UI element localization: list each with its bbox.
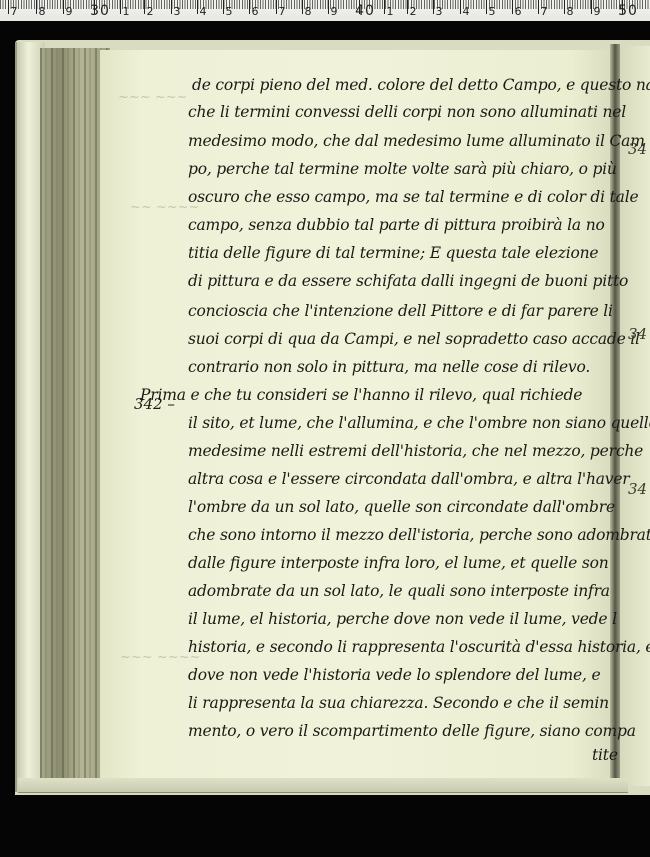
ruler-label: 30	[90, 3, 110, 19]
ruler-label: 7	[541, 5, 548, 18]
ruler-major-tick	[63, 0, 64, 14]
manuscript-line: titia delle figure di tal termine; E que…	[188, 244, 598, 262]
ruler-label: 7	[11, 5, 18, 18]
manuscript-line: adombrate da un sol lato, le quali sono …	[188, 582, 610, 600]
ruler-label: 50	[618, 3, 638, 19]
ruler-major-tick	[591, 0, 592, 14]
ruler-major-tick	[486, 0, 487, 14]
ruler-major-tick	[384, 0, 385, 14]
bleed-through-text: ~~~ ~~~	[118, 90, 188, 105]
ruler-major-tick	[407, 0, 408, 14]
ruler-major-tick	[249, 0, 250, 14]
manuscript-line: medesimo modo, che dal medesimo lume all…	[188, 132, 645, 150]
manuscript-line: di pittura e da essere schifata dalli in…	[188, 272, 628, 290]
manuscript-line: il lume, el historia, perche dove non ve…	[188, 610, 617, 628]
manuscript-line: concioscia che l'intenzione dell Pittore…	[188, 302, 613, 320]
manuscript-line: po, perche tal termine molte volte sarà …	[188, 160, 617, 178]
manuscript-line: che sono intorno il mezzo dell'istoria, …	[188, 526, 650, 544]
ruler-major-tick	[8, 0, 9, 14]
ruler-label: 5	[489, 5, 496, 18]
ruler-label: 1	[123, 5, 130, 18]
ruler-label: 4	[200, 5, 207, 18]
ruler-label: 7	[279, 5, 286, 18]
ruler-label: 5	[226, 5, 233, 18]
ruler-label: 9	[594, 5, 601, 18]
ruler-major-tick	[171, 0, 172, 14]
manuscript-line: Prima e che tu consideri se l'hanno il r…	[140, 386, 582, 404]
ruler-major-tick	[197, 0, 198, 14]
ruler-major-tick	[276, 0, 277, 14]
ruler-major-tick	[538, 0, 539, 14]
ruler-label: 9	[331, 5, 338, 18]
ruler-major-tick	[120, 0, 121, 14]
ruler-label: 8	[39, 5, 46, 18]
manuscript-line: contrario non solo in pittura, ma nelle …	[188, 358, 590, 376]
manuscript-line: il sito, et lume, che l'allumina, e che …	[188, 414, 650, 432]
ruler-label: 6	[252, 5, 259, 18]
manuscript-line: altra cosa e l'essere circondata dall'om…	[188, 470, 630, 488]
ruler-label: 40	[355, 3, 375, 19]
ruler-label: 6	[515, 5, 522, 18]
manuscript-line: medesime nelli estremi dell'historia, ch…	[188, 442, 643, 460]
margin-folio-number: 34	[628, 325, 647, 343]
ruler-label: 4	[463, 5, 470, 18]
ruler-major-tick	[302, 0, 303, 14]
ruler-major-tick	[328, 0, 329, 14]
ruler-label: 9	[66, 5, 73, 18]
ruler-major-tick	[564, 0, 565, 14]
ruler-major-tick	[223, 0, 224, 14]
ruler-major-tick	[144, 0, 145, 14]
manuscript-line: che li termini convessi delli corpi non …	[188, 103, 626, 121]
ruler-label: 3	[436, 5, 443, 18]
manuscript-line: campo, senza dubbio tal parte di pittura…	[188, 216, 605, 234]
ruler-label: 3	[174, 5, 181, 18]
ruler-major-tick	[460, 0, 461, 14]
manuscript-line: de corpi pieno del med. colore del detto…	[192, 76, 650, 94]
manuscript-line: historia, e secondo li rappresenta l'osc…	[188, 638, 650, 656]
ruler-label: 2	[410, 5, 417, 18]
bottom-page-edge	[18, 778, 628, 793]
manuscript-line: mento, o vero il scompartimento delle fi…	[188, 722, 636, 740]
margin-folio-number: 34	[628, 140, 647, 158]
measuring-ruler: 789301234567894012345678950	[0, 0, 650, 21]
manuscript-line: suoi corpi di qua da Campi, e nel soprad…	[188, 330, 640, 348]
ruler-label: 8	[567, 5, 574, 18]
ruler-major-tick	[433, 0, 434, 14]
ruler-label: 1	[387, 5, 394, 18]
ruler-label: 8	[305, 5, 312, 18]
ruler-major-tick	[512, 0, 513, 14]
margin-folio-number: 34	[628, 480, 647, 498]
manuscript-line: tite	[592, 746, 618, 764]
manuscript-line: oscuro che esso campo, ma se tal termine…	[188, 188, 638, 206]
manuscript-line: dalle figure interposte infra loro, el l…	[188, 554, 609, 572]
manuscript-line: l'ombre da un sol lato, quelle son circo…	[188, 498, 615, 516]
manuscript-line: dove non vede l'historia vede lo splendo…	[188, 666, 600, 684]
ruler-major-tick	[36, 0, 37, 14]
manuscript-line: li rappresenta la sua chiarezza. Secondo…	[188, 694, 609, 712]
ruler-label: 2	[147, 5, 154, 18]
